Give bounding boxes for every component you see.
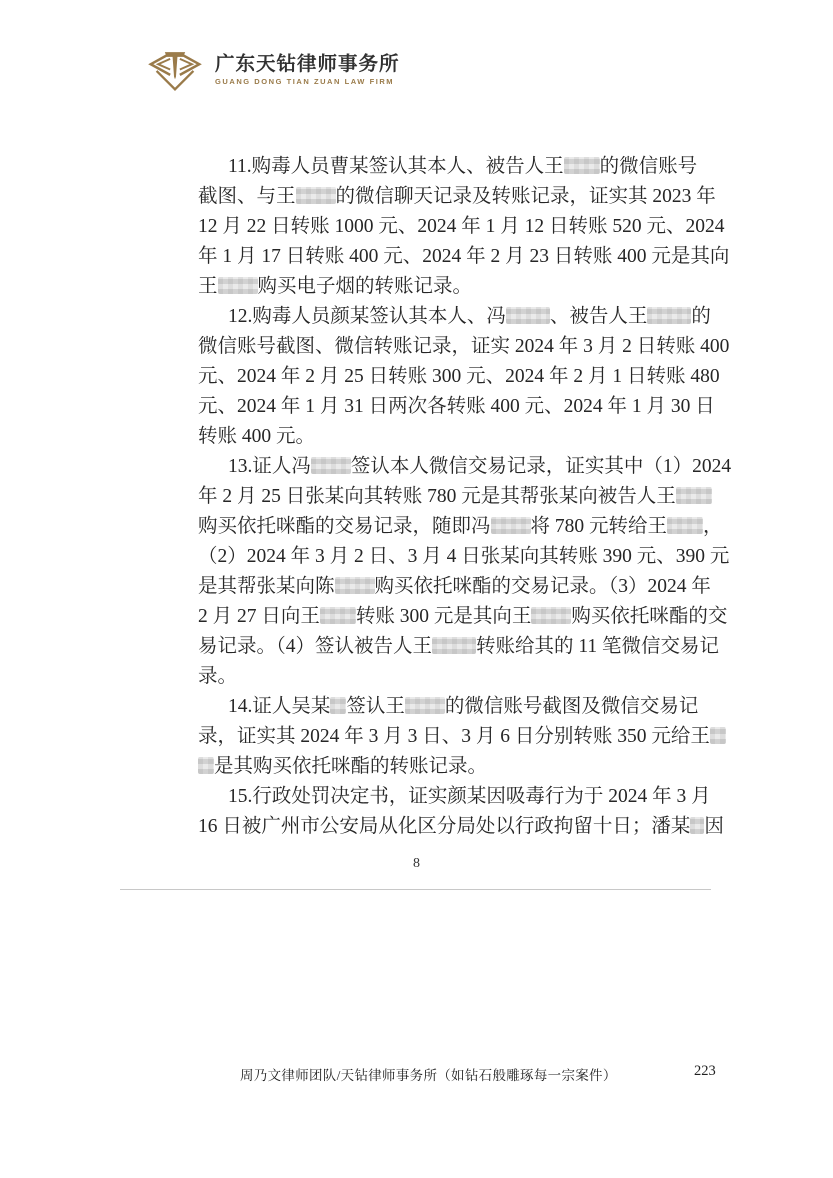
- redaction-block: [710, 727, 726, 744]
- redaction-block: [296, 187, 336, 204]
- redaction-block: [405, 697, 445, 714]
- paragraph: 14.证人吴某签认王的微信账号截图及微信交易记录，证实其 2024 年 3 月 …: [198, 692, 712, 782]
- text-line: 截图、与王的微信聊天记录及转账记录，证实其 2023 年: [198, 182, 712, 212]
- text-line: 12.购毒人员颜某签认其本人、冯、被告人王的: [198, 302, 712, 332]
- redaction-block: [198, 757, 214, 774]
- text-line: 12 月 22 日转账 1000 元、2024 年 1 月 12 日转账 520…: [198, 212, 712, 242]
- text-line: 购买依托咪酯的交易记录，随即冯将 780 元转给王，: [198, 512, 712, 542]
- text-line: 是其帮张某向陈购买依托咪酯的交易记录。（3）2024 年: [198, 572, 712, 602]
- text-line: 转账 400 元。: [198, 422, 712, 452]
- footer-page-number: 223: [694, 1063, 716, 1080]
- text-line: 年 1 月 17 日转账 400 元、2024 年 2 月 23 日转账 400…: [198, 242, 712, 272]
- paragraph: 15.行政处罚决定书，证实颜某因吸毒行为于 2024 年 3 月16 日被广州市…: [198, 782, 712, 842]
- redaction-block: [647, 307, 691, 324]
- redaction-block: [506, 307, 550, 324]
- redaction-block: [432, 637, 476, 654]
- redaction-block: [564, 157, 600, 174]
- text-line: 16 日被广州市公安局从化区分局处以行政拘留十日；潘某因: [198, 812, 712, 842]
- text-line: 王购买电子烟的转账记录。: [198, 272, 712, 302]
- text-line: 2 月 27 日向王转账 300 元是其向王购买依托咪酯的交: [198, 602, 712, 632]
- text-line: 微信账号截图、微信转账记录，证实 2024 年 3 月 2 日转账 400: [198, 332, 712, 362]
- text-line: 录。: [198, 662, 712, 692]
- text-line: 元、2024 年 1 月 31 日两次各转账 400 元、2024 年 1 月 …: [198, 392, 712, 422]
- text-line: 录，证实其 2024 年 3 月 3 日、3 月 6 日分别转账 350 元给王: [198, 722, 712, 752]
- document-page: 广东天钻律师事务所 GUANG DONG TIAN ZUAN LAW FIRM …: [0, 0, 833, 1178]
- diamond-logo-icon: [144, 46, 206, 94]
- paragraph: 12.购毒人员颜某签认其本人、冯、被告人王的微信账号截图、微信转账记录，证实 2…: [198, 302, 712, 452]
- redaction-block: [311, 457, 351, 474]
- text-line: 15.行政处罚决定书，证实颜某因吸毒行为于 2024 年 3 月: [198, 782, 712, 812]
- text-line: 年 2 月 25 日张某向其转账 780 元是其帮张某向被告人王: [198, 482, 712, 512]
- text-line: 易记录。（4）签认被告人王转账给其的 11 笔微信交易记: [198, 632, 712, 662]
- document-body: 11.购毒人员曹某签认其本人、被告人王的微信账号截图、与王的微信聊天记录及转账记…: [198, 152, 712, 842]
- text-line: 11.购毒人员曹某签认其本人、被告人王的微信账号: [198, 152, 712, 182]
- text-line: 13.证人冯签认本人微信交易记录，证实其中（1）2024: [198, 452, 712, 482]
- redaction-block: [690, 817, 704, 834]
- paragraph: 11.购毒人员曹某签认其本人、被告人王的微信账号截图、与王的微信聊天记录及转账记…: [198, 152, 712, 302]
- redaction-block: [491, 517, 531, 534]
- text-line: （2）2024 年 3 月 2 日、3 月 4 日张某向其转账 390 元、39…: [198, 542, 712, 572]
- footer-divider: [120, 889, 711, 890]
- redaction-block: [335, 577, 375, 594]
- paragraph: 13.证人冯签认本人微信交易记录，证实其中（1）2024年 2 月 25 日张某…: [198, 452, 712, 692]
- text-line: 14.证人吴某签认王的微信账号截图及微信交易记: [198, 692, 712, 722]
- redaction-block: [676, 487, 712, 504]
- redaction-block: [667, 517, 703, 534]
- text-line: 是其购买依托咪酯的转账记录。: [198, 752, 712, 782]
- letterhead: 广东天钻律师事务所 GUANG DONG TIAN ZUAN LAW FIRM: [144, 46, 400, 94]
- logo-text: 广东天钻律师事务所 GUANG DONG TIAN ZUAN LAW FIRM: [215, 55, 400, 85]
- redaction-block: [330, 697, 346, 714]
- firm-name-chinese: 广东天钻律师事务所: [215, 55, 400, 75]
- page-number: 8: [0, 856, 833, 872]
- redaction-block: [218, 277, 258, 294]
- redaction-block: [320, 607, 356, 624]
- footer-team-text: 周乃文律师团队/天钻律师事务所（如钻石般雕琢每一宗案件）: [240, 1064, 617, 1084]
- text-line: 元、2024 年 2 月 25 日转账 300 元、2024 年 2 月 1 日…: [198, 362, 712, 392]
- redaction-block: [531, 607, 571, 624]
- firm-name-english: GUANG DONG TIAN ZUAN LAW FIRM: [215, 78, 400, 86]
